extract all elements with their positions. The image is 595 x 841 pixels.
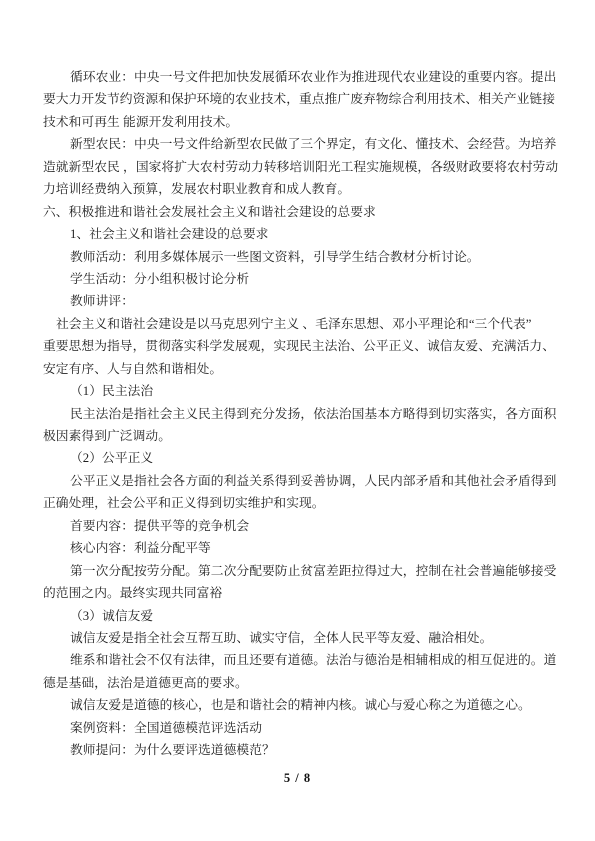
text-line: 循环农业：中央一号文件把加快发展循环农业作为推进现代农业建设的重要内容。提出 [43, 66, 557, 88]
text-line: 民主法治是指社会主义民主得到充分发扬，依法治国基本方略得到切实落实，各方面积 [43, 403, 557, 425]
text-line: 造就新型农民 ，国家将扩大农村劳动力转移培训阳光工程实施规模，各级财政要将农村劳… [43, 156, 557, 178]
text-line: 德是基础，法治是道德更高的要求。 [43, 672, 557, 694]
text-line: 案例资料：全国道德模范评选活动 [43, 717, 557, 739]
text-line: 维系和谐社会不仅有法律，而且还要有道德。法治与德治是相辅相成的相互促进的。道 [43, 649, 557, 671]
text-line: 重要思想为指导，贯彻落实科学发展观，实现民主法治、公平正义、诚信友爱、充满活力、 [43, 335, 557, 357]
text-line: 1、社会主义和谐社会建设的总要求 [43, 223, 557, 245]
text-line: 首要内容：提供平等的竞争机会 [43, 515, 557, 537]
text-line: 六、积极推进和谐社会发展社会主义和谐社会建设的总要求 [43, 201, 557, 223]
text-line: （2）公平正义 [43, 447, 557, 469]
text-line: 社会主义和谐社会建设是以马克思列宁主义 、毛泽东思想、邓小平理论和“三个代表” [43, 313, 557, 335]
document-page: 循环农业：中央一号文件把加快发展循环农业作为推进现代农业建设的重要内容。提出要大… [0, 0, 595, 841]
text-line: 第一次分配按劳分配。第二次分配要防止贫富差距拉得过大，控制在社会普遍能够接受 [43, 560, 557, 582]
text-line: 安定有序、人与自然和谐相处。 [43, 358, 557, 380]
text-line: 的范围之内。最终实现共同富裕 [43, 582, 557, 604]
text-line: 核心内容：利益分配平等 [43, 537, 557, 559]
text-line: 教师活动：利用多媒体展示一些图文资料，引导学生结合教材分析讨论。 [43, 246, 557, 268]
text-line: 诚信友爱是道德的核心，也是和谐社会的精神内核。诚心与爱心称之为道德之心。 [43, 694, 557, 716]
text-line: 力培训经费纳入预算，发展农村职业教育和成人教育。 [43, 178, 557, 200]
page-number: 5 / 8 [0, 771, 595, 786]
text-line: 新型农民：中央一号文件给新型农民做了三个界定，有文化、懂技术、会经营。为培养 [43, 133, 557, 155]
text-line: 教师提问：为什么要评选道德模范？ [43, 739, 557, 761]
text-line: 学生活动：分小组积极讨论分析 [43, 268, 557, 290]
text-line: 要大力开发节约资源和保护环境的农业技术，重点推广废弃物综合利用技术、相关产业链接 [43, 88, 557, 110]
text-line: 教师讲评： [43, 290, 557, 312]
text-line: （1）民主法治 [43, 380, 557, 402]
text-line: 正确处理，社会公平和正义得到切实维护和实现。 [43, 492, 557, 514]
text-line: 极因素得到广泛调动。 [43, 425, 557, 447]
text-line: 技术和可再生 能源开发利用技术。 [43, 111, 557, 133]
document-body: 循环农业：中央一号文件把加快发展循环农业作为推进现代农业建设的重要内容。提出要大… [43, 66, 557, 762]
text-line: （3）诚信友爱 [43, 605, 557, 627]
text-line: 诚信友爱是指全社会互帮互助、诚实守信，全体人民平等友爱、融洽相处。 [43, 627, 557, 649]
text-line: 公平正义是指社会各方面的利益关系得到妥善协调，人民内部矛盾和其他社会矛盾得到 [43, 470, 557, 492]
